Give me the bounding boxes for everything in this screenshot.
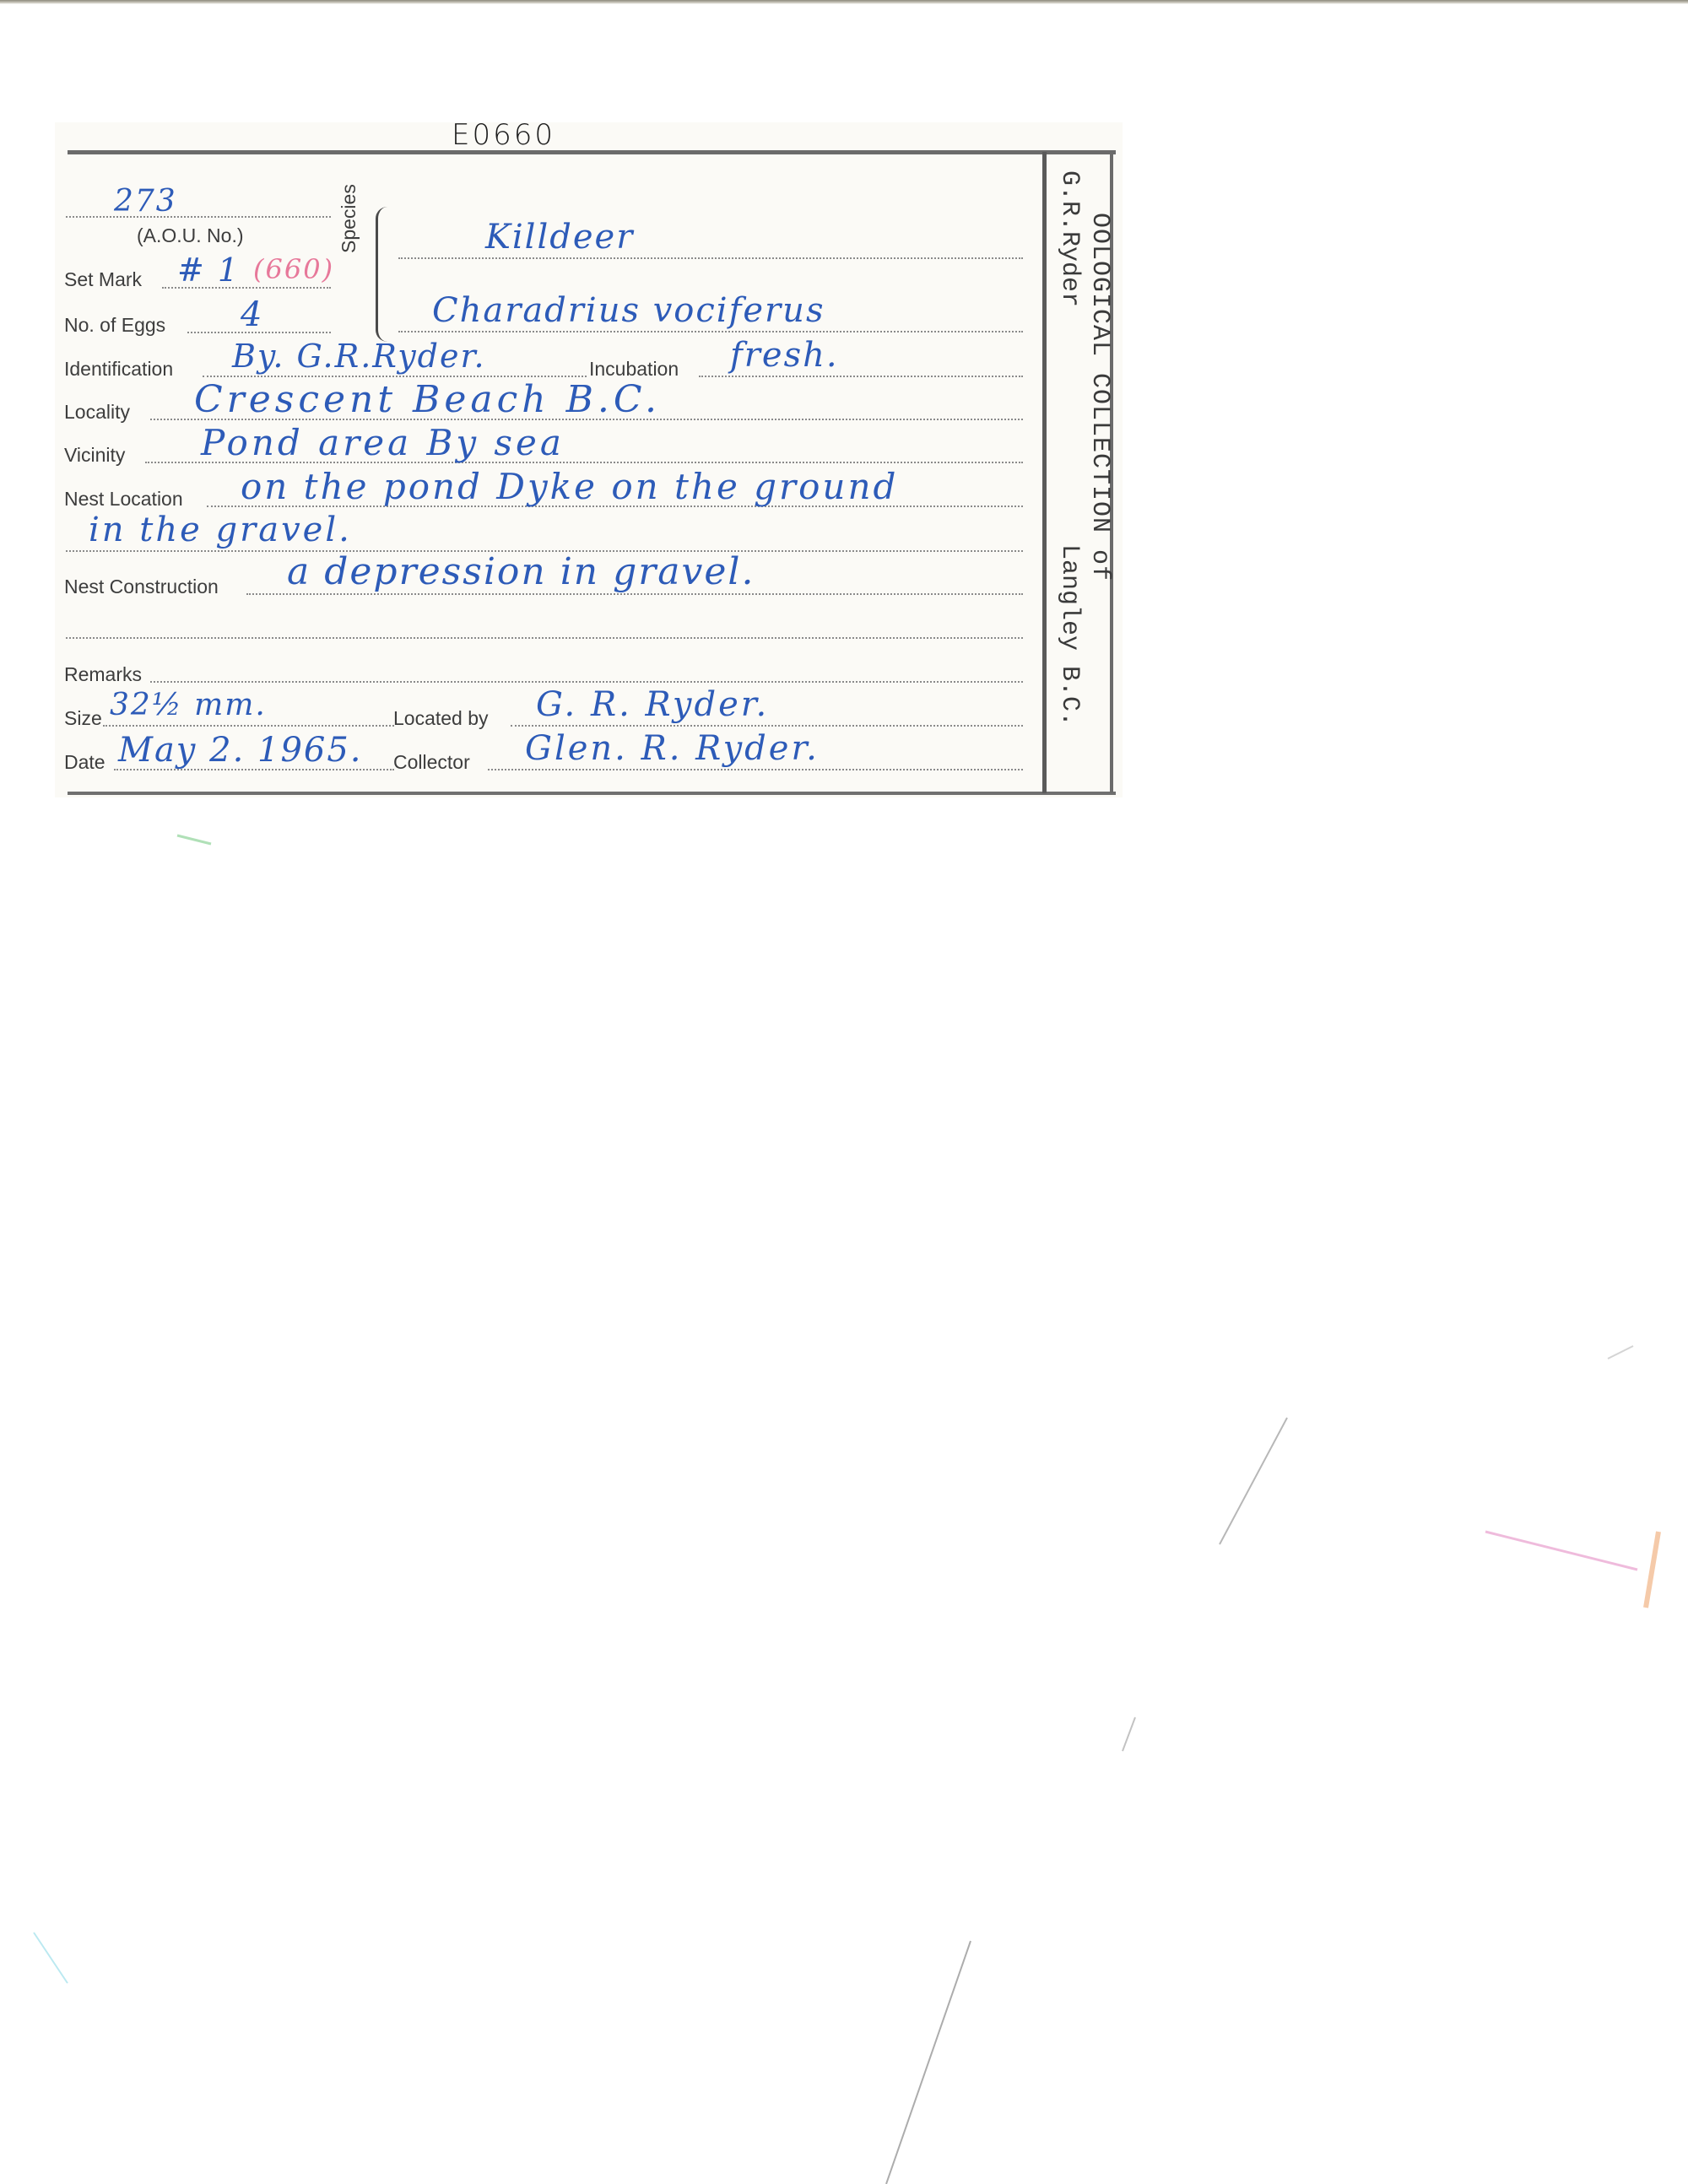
scan-artifacts [0, 0, 1688, 2184]
